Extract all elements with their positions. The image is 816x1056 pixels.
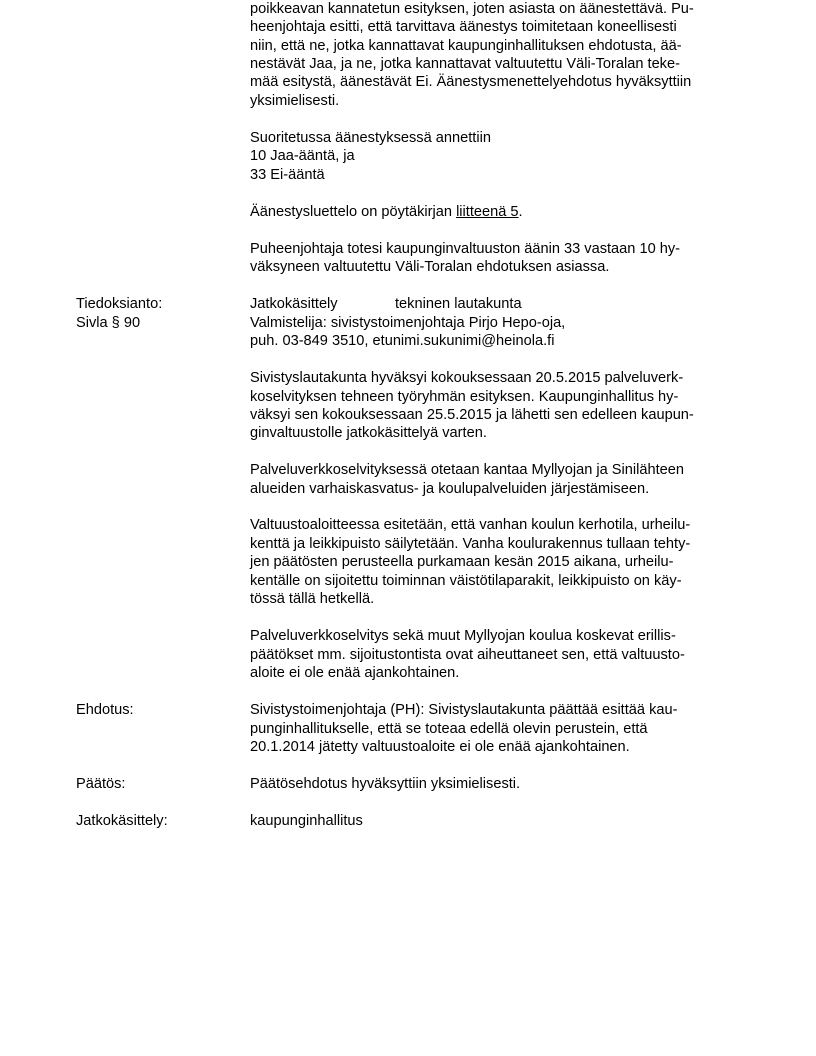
further-processing-text: kaupunginhallitus [250, 812, 363, 830]
text-line: koselvityksen tehneen työryhmän esitykse… [250, 388, 678, 406]
text-line: Sivistystoimenjohtaja (PH): Sivistyslaut… [250, 701, 677, 719]
preparer: Valmistelija: sivistystoimenjohtaja Pirj… [250, 314, 565, 332]
text-line: alueiden varhaiskasvatus- ja koulupalvel… [250, 480, 649, 498]
text-line: mää esitystä, äänestävät Ei. Äänestysmen… [250, 73, 691, 91]
text-line: aloite ei ole enää ajankohtainen. [250, 664, 459, 682]
text-line: ginvaltuustolle jatkokäsittelyä varten. [250, 424, 487, 442]
text-line: väksyneen valtuutettu Väli-Toralan ehdot… [250, 258, 609, 276]
text-line: kenttä ja leikkipuisto säilytetään. Vanh… [250, 535, 690, 553]
text-line: tössä tällä hetkellä. [250, 590, 374, 608]
text-line: Sivistyslautakunta hyväksyi kokouksessaa… [250, 369, 683, 387]
section-label: Päätös: [76, 775, 126, 793]
text: Äänestysluettelo on pöytäkirjan [250, 204, 456, 220]
attachment-link[interactable]: liitteenä 5 [456, 204, 518, 220]
text-line: Palveluverkkoselvityksessä otetaan kanta… [250, 461, 684, 479]
text-line: Puheenjohtaja totesi kaupunginvaltuuston… [250, 240, 680, 258]
no-votes: 33 Ei-ääntä [250, 166, 325, 184]
jatko-value: tekninen lautakunta [395, 295, 522, 313]
text-line: Suoritetussa äänestyksessä annettiin [250, 129, 491, 147]
text-line: niin, että ne, jotka kannattavat kaupung… [250, 37, 682, 55]
yes-votes: 10 Jaa-ääntä, ja [250, 147, 355, 165]
contact-info: puh. 03-849 3510, etunimi.sukunimi@heino… [250, 332, 554, 350]
text-line: punginhallitukselle, että se toteaa edel… [250, 720, 648, 738]
text-line: heenjohtaja esitti, että tarvittava ääne… [250, 18, 677, 36]
jatko-label: Jatkokäsittely [250, 295, 338, 313]
text-line: nestävät Jaa, ja ne, jotka kannattavat v… [250, 55, 680, 73]
text: . [519, 204, 523, 220]
text-line: Palveluverkkoselvitys sekä muut Myllyoja… [250, 627, 676, 645]
section-label: Jatkokäsittely: [76, 812, 168, 830]
vote-list-paragraph: Äänestysluettelo on pöytäkirjan liitteen… [250, 203, 523, 221]
text-line: yksimielisesti. [250, 92, 339, 110]
decision-text: Päätösehdotus hyväksyttiin yksimielisest… [250, 775, 520, 793]
text-line: väksyi sen kokouksessaan 25.5.2015 ja lä… [250, 406, 694, 424]
text-line: kentälle on sijoitettu toiminnan väistöt… [250, 572, 682, 590]
text-line: poikkeavan kannatetun esityksen, joten a… [250, 0, 694, 18]
section-label: Tiedoksianto: [76, 295, 162, 313]
text-line: jen päätösten perusteella purkamaan kesä… [250, 553, 674, 571]
text-line: Valtuustoaloitteessa esitetään, että van… [250, 516, 690, 534]
text-line: päätökset mm. sijoitustontista ovat aihe… [250, 646, 685, 664]
text-line: 20.1.2014 jätetty valtuustoaloite ei ole… [250, 738, 630, 756]
section-reference: Sivla § 90 [76, 314, 140, 332]
section-label: Ehdotus: [76, 701, 134, 719]
